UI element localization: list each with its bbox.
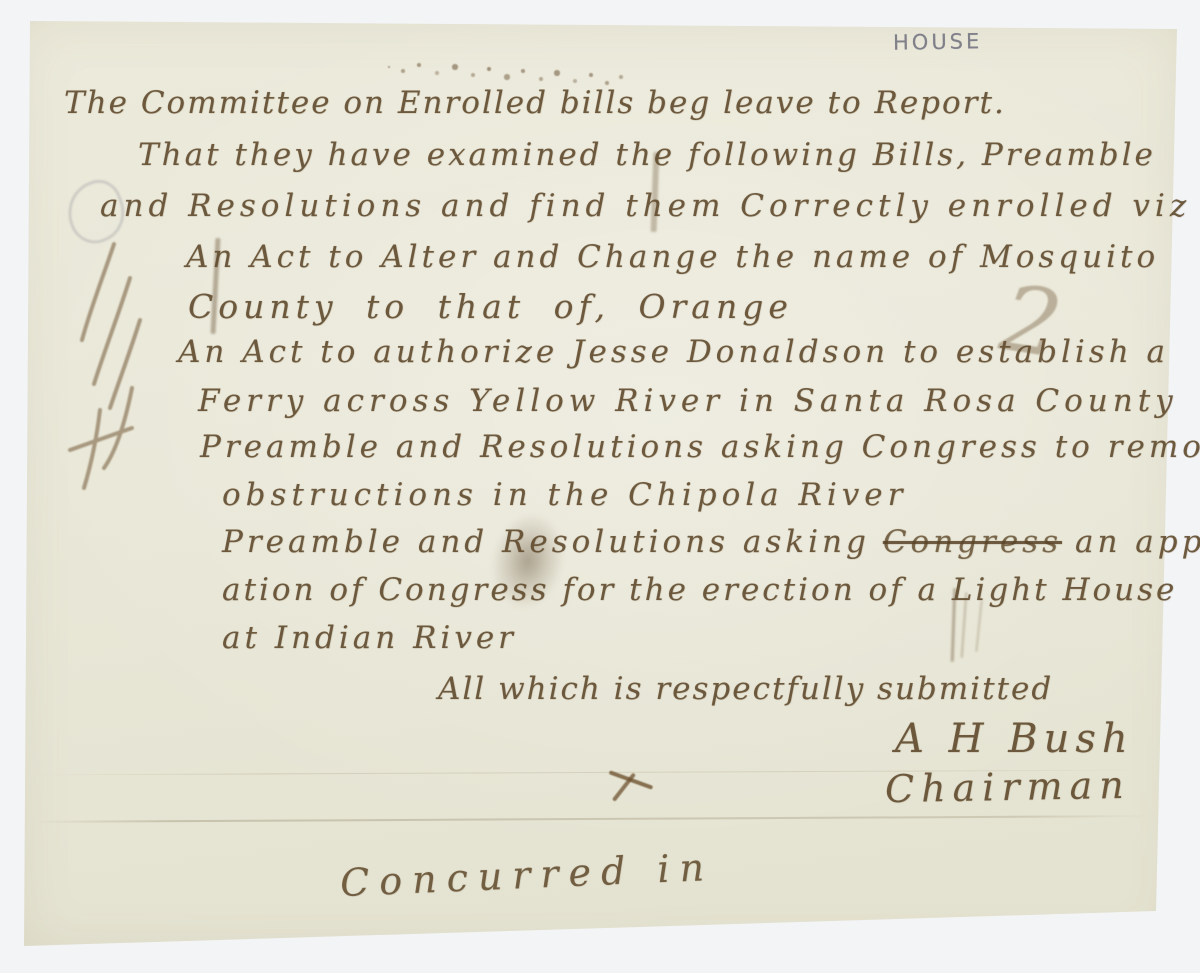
report-line: Ferry across Yellow River in Santa Rosa … [198,386,1178,417]
report-line-segment: Preamble and Resolutions asking [222,527,870,558]
report-line: ation of Congress for the erection of a … [222,575,1177,606]
signature-name: A H Bush [895,719,1134,759]
report-line: An Act to Alter and Change the name of M… [186,242,1159,273]
report-line: Preamble and Resolutions asking Congress… [200,432,1200,463]
report-line: obstructions in the Chipola River [222,480,907,511]
chamber-label: HOUSE [893,29,983,55]
report-line: That they have examined the following Bi… [138,140,1156,171]
report-line: County to that of, Orange [188,290,793,323]
struck-word: Congress [883,527,1062,558]
report-line: at Indian River [222,623,517,654]
signature-title: Chairman [885,766,1131,808]
report-line: and Resolutions and find them Correctly … [100,191,1191,222]
report-line: An Act to authorize Jesse Donaldson to e… [178,337,1169,368]
closing-line: All which is respectfully submitted [438,674,1053,705]
margin-bleedthrough-marks [52,192,182,522]
report-line: The Committee on Enrolled bills beg leav… [64,88,1006,119]
report-line-segment: an appropri [1075,527,1200,558]
report-line: Preamble and Resolutions asking Congress… [222,527,1200,558]
document-scan: 2 HOUSE The Committee on Enrolled bills … [0,0,1200,973]
ink-offset-dots [388,66,390,68]
